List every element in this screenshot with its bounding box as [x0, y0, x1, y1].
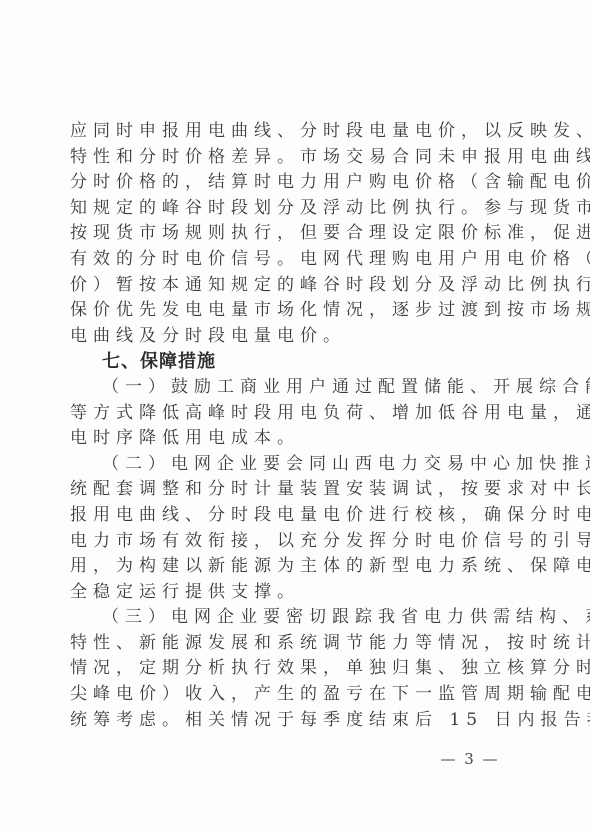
text-line: 特性、新能源发展和系统调节能力等情况，按时统计政策执行: [70, 631, 510, 657]
text-line: 用，为构建以新能源为主体的新型电力系统、保障电力系统安: [70, 554, 510, 580]
paragraph-item-1: （一）鼓励工商业用户通过配置储能、开展综合能源利用 等方式降低高峰时段用电负荷、…: [70, 375, 510, 452]
document-body: 应同时申报用电曲线、分时段电量电价，以反映发、用电曲线 特性和分时价格差异。市场…: [70, 119, 510, 733]
section-heading: 七、保障措施: [70, 349, 510, 375]
paragraph-item-3: （三）电网企业要密切跟踪我省电力供需结构、系统峰谷 特性、新能源发展和系统调节能…: [70, 605, 510, 733]
text-line: 等方式降低高峰时段用电负荷、增加低谷用电量，通过改变用: [70, 401, 510, 427]
text-line: 有效的分时电价信号。电网代理购电用户用电价格（含输配电: [70, 247, 510, 273]
page-number: — 3 —: [440, 750, 500, 768]
text-line: （一）鼓励工商业用户通过配置储能、开展综合能源利用: [70, 375, 510, 401]
text-line: （三）电网企业要密切跟踪我省电力供需结构、系统峰谷: [70, 605, 510, 631]
text-line: 按现货市场规则执行，但要合理设定限价标准，促进市场形成: [70, 221, 510, 247]
text-line: 应同时申报用电曲线、分时段电量电价，以反映发、用电曲线: [70, 119, 510, 145]
text-line: 全稳定运行提供支撑。: [70, 580, 510, 606]
text-line: 统配套调整和分时计量装置安装调试，按要求对中长期市场申: [70, 477, 510, 503]
text-line: 电力市场有效衔接，以充分发挥分时电价信号的引导和促进作: [70, 529, 510, 555]
text-line: 分时价格的，结算时电力用户购电价格（含输配电价）按本通: [70, 170, 510, 196]
paragraph-item-2: （二）电网企业要会同山西电力交易中心加快推进计费系 统配套调整和分时计量装置安装…: [70, 452, 510, 606]
text-line: 特性和分时价格差异。市场交易合同未申报用电曲线或未形成: [70, 145, 510, 171]
text-line: 知规定的峰谷时段划分及浮动比例执行。参与现货市场的电量: [70, 196, 510, 222]
text-line: 报用电曲线、分时段电量电价进行校核，确保分时电价政策与: [70, 503, 510, 529]
text-line: 保价优先发电电量市场化情况，逐步过渡到按市场规则申报用: [70, 298, 510, 324]
text-line: 电时序降低用电成本。: [70, 426, 510, 452]
document-page: 应同时申报用电曲线、分时段电量电价，以反映发、用电曲线 特性和分时价格差异。市场…: [0, 0, 590, 834]
text-line: 电曲线及分时段电量电价。: [70, 324, 510, 350]
text-line: 尖峰电价）收入，产生的盈亏在下一监管周期输配电价核定时: [70, 682, 510, 708]
continuation-paragraph: 应同时申报用电曲线、分时段电量电价，以反映发、用电曲线 特性和分时价格差异。市场…: [70, 119, 510, 349]
text-line: 情况，定期分析执行效果，单独归集、独立核算分时电价（含: [70, 656, 510, 682]
text-line: 统筹考虑。相关情况于每季度结束后 15 日内报告我委。我委将: [70, 708, 510, 734]
text-line: （二）电网企业要会同山西电力交易中心加快推进计费系: [70, 452, 510, 478]
text-line: 价）暂按本通知规定的峰谷时段划分及浮动比例执行，随保量: [70, 273, 510, 299]
